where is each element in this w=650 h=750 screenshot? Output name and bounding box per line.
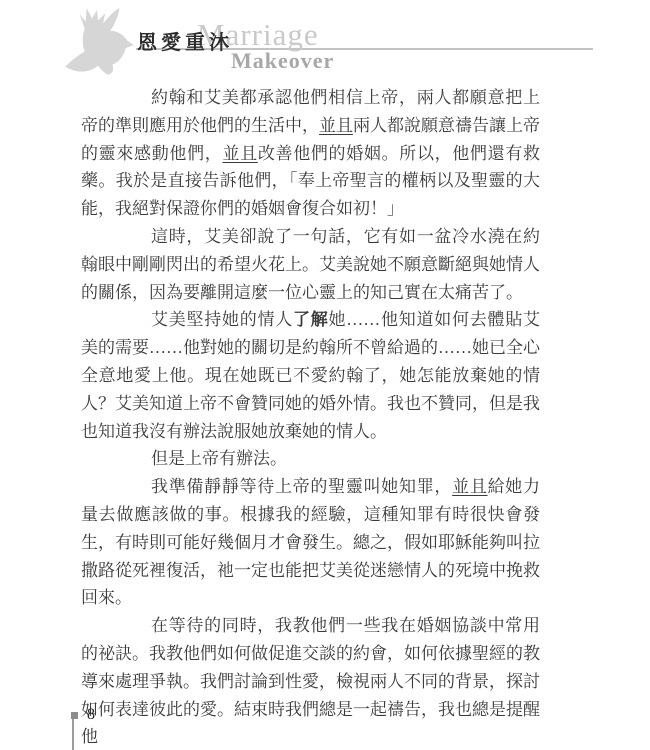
paragraph: 但是上帝有辦法。 (81, 445, 540, 473)
text-segment-underline: 並且 (452, 477, 487, 496)
text-segment-normal: 在等待的同時，我教他們一些我在婚姻協談中常用的祕訣。我教他們如何做促進交談的約會… (81, 616, 540, 746)
text-segment-normal: 我準備靜靜等待上帝的聖靈叫她知罪， (151, 477, 452, 496)
footer-vertical-rule (72, 719, 74, 750)
dove-icon (58, 6, 138, 78)
paragraph: 艾美堅持她的情人了解她……他知道如何去體貼艾美的需要……他對她的關切是約翰所不曾… (81, 306, 540, 445)
paragraph: 約翰和艾美都承認他們相信上帝，兩人都願意把上帝的準則應用於他們的生活中，並且兩人… (81, 84, 540, 223)
text-segment-normal: 艾美堅持她的情人 (151, 310, 293, 329)
text-segment-normal: 這時，艾美卻說了一句話，它有如一盆冷水澆在約翰眼中剛剛閃出的希望火花上。艾美說她… (81, 227, 540, 302)
text-segment-normal: 給她力量去做應該做的事。根據我的經驗，這種知罪有時很快會發生，有時則可能好幾個月… (81, 477, 540, 607)
book-page: Marriage Makeover 恩愛重沐 約翰和艾美都承認他們相信上帝，兩人… (0, 0, 650, 750)
text-segment-underline: 並且 (222, 144, 257, 163)
body-text: 約翰和艾美都承認他們相信上帝，兩人都願意把上帝的準則應用於他們的生活中，並且兩人… (81, 84, 540, 750)
header-title-english-line2: Makeover (231, 48, 334, 74)
footer-square-mark (71, 712, 78, 719)
text-segment-normal: 但是上帝有辦法。 (151, 449, 287, 468)
paragraph: 在等待的同時，我教他們一些我在婚姻協談中常用的祕訣。我教他們如何做促進交談的約會… (81, 612, 540, 750)
text-segment-normal: 她……他知道如何去體貼艾美的需要……他對她的關切是約翰所不曾給過的……她已全心全… (81, 310, 540, 440)
header-title-chinese: 恩愛重沐 (137, 26, 233, 55)
paragraph: 我準備靜靜等待上帝的聖靈叫她知罪，並且給她力量去做應該做的事。根據我的經驗，這種… (81, 473, 540, 612)
text-segment-underline: 並且 (319, 116, 353, 135)
text-segment-bold: 了解 (293, 310, 329, 329)
paragraph: 這時，艾美卻說了一句話，它有如一盆冷水澆在約翰眼中剛剛閃出的希望火花上。艾美說她… (81, 223, 540, 306)
page-number: 8 (87, 706, 95, 724)
